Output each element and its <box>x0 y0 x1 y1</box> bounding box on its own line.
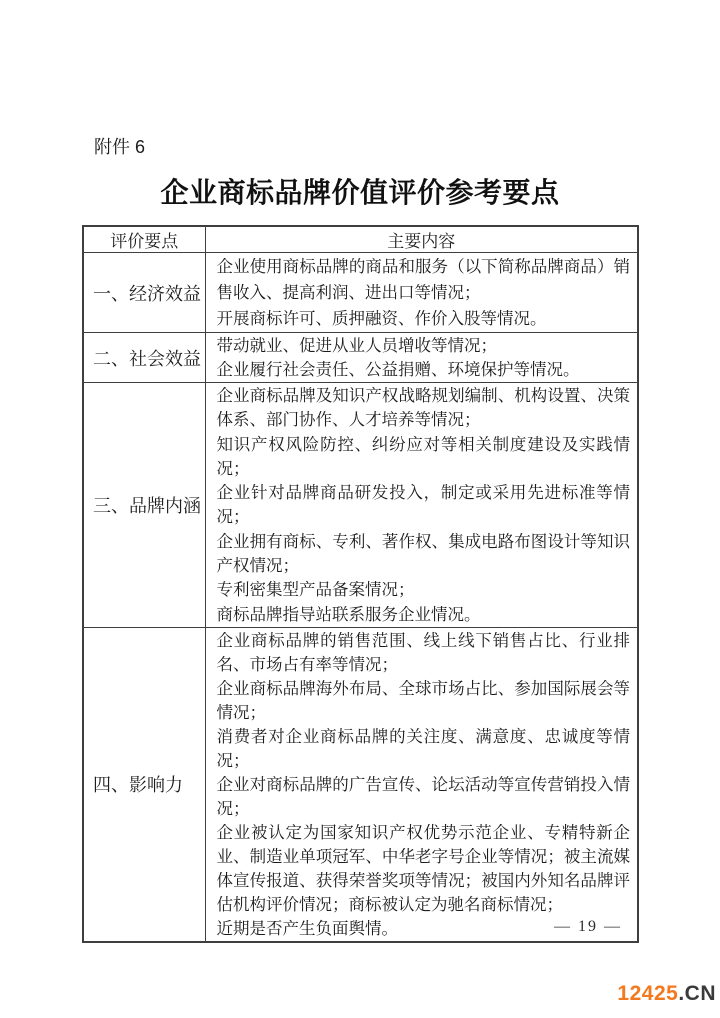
row-content-economic-benefit: 企业使用商标品牌的商品和服务（以下简称品牌商品）销售收入、提高利润、进出口等情况… <box>205 253 638 333</box>
page-title: 企业商标品牌价值评价参考要点 <box>0 171 720 211</box>
content-paragraph: 企业拥有商标、专利、著作权、集成电路布图设计等知识产权情况； <box>217 530 631 579</box>
content-paragraph: 企业使用商标品牌的商品和服务（以下简称品牌商品）销售收入、提高利润、进出口等情况… <box>217 254 631 306</box>
content-paragraph: 企业商标品牌及知识产权战略规划编制、机构设置、决策体系、部门协作、人才培养等情况… <box>217 384 631 433</box>
table-row: 三、品牌内涵 企业商标品牌及知识产权战略规划编制、机构设置、决策体系、部门协作、… <box>83 383 638 628</box>
evaluation-table: 评价要点 主要内容 一、经济效益 企业使用商标品牌的商品和服务（以下简称品牌商品… <box>82 225 639 943</box>
row-content-brand-connotation: 企业商标品牌及知识产权战略规划编制、机构设置、决策体系、部门协作、人才培养等情况… <box>205 383 638 628</box>
row-label-social-benefit: 二、社会效益 <box>83 333 205 383</box>
content-paragraph: 企业被认定为国家知识产权优势示范企业、专精特新企业、制造业单项冠军、中华老字号企… <box>217 821 631 917</box>
table-row: 一、经济效益 企业使用商标品牌的商品和服务（以下简称品牌商品）销售收入、提高利润… <box>83 253 638 333</box>
watermark-site-text: 12425 <box>617 982 678 1005</box>
row-label-economic-benefit: 一、经济效益 <box>83 253 205 333</box>
page-number: — 19 — <box>0 918 720 936</box>
content-paragraph: 专利密集型产品备案情况； <box>217 578 631 602</box>
row-label-brand-connotation: 三、品牌内涵 <box>83 383 205 628</box>
content-paragraph: 企业针对品牌商品研发投入，制定或采用先进标准等情况； <box>217 481 631 530</box>
attachment-label: 附件 6 <box>94 133 145 159</box>
row-content-influence: 企业商标品牌的销售范围、线上线下销售占比、行业排名、市场占有率等情况； 企业商标… <box>205 627 638 942</box>
column-header-main-content: 主要内容 <box>205 226 638 253</box>
table-row: 四、影响力 企业商标品牌的销售范围、线上线下销售占比、行业排名、市场占有率等情况… <box>83 627 638 942</box>
content-paragraph: 商标品牌指导站联系服务企业情况。 <box>217 603 631 627</box>
content-paragraph: 企业商标品牌海外布局、全球市场占比、参加国际展会等情况； <box>217 677 631 725</box>
document-page: 附件 6 企业商标品牌价值评价参考要点 评价要点 主要内容 一、经济效益 企业使… <box>0 0 720 1018</box>
table-header-row: 评价要点 主要内容 <box>83 226 638 253</box>
row-label-influence: 四、影响力 <box>83 627 205 942</box>
content-paragraph: 企业履行社会责任、公益捐赠、环境保护等情况。 <box>217 358 631 382</box>
content-paragraph: 消费者对企业商标品牌的关注度、满意度、忠诚度等情况； <box>217 725 631 773</box>
content-paragraph: 开展商标许可、质押融资、作价入股等情况。 <box>217 306 631 332</box>
table-row: 二、社会效益 带动就业、促进从业人员增收等情况； 企业履行社会责任、公益捐赠、环… <box>83 333 638 383</box>
content-paragraph: 知识产权风险防控、纠纷应对等相关制度建设及实践情况； <box>217 433 631 482</box>
row-content-social-benefit: 带动就业、促进从业人员增收等情况； 企业履行社会责任、公益捐赠、环境保护等情况。 <box>205 333 638 383</box>
content-paragraph: 带动就业、促进从业人员增收等情况； <box>217 334 631 358</box>
column-header-eval-points: 评价要点 <box>83 226 205 253</box>
content-paragraph: 企业商标品牌的销售范围、线上线下销售占比、行业排名、市场占有率等情况； <box>217 629 631 677</box>
watermark-tld-text: .CN <box>678 982 716 1005</box>
watermark: 12425.CN <box>617 982 716 1006</box>
content-paragraph: 企业对商标品牌的广告宣传、论坛活动等宣传营销投入情况； <box>217 773 631 821</box>
